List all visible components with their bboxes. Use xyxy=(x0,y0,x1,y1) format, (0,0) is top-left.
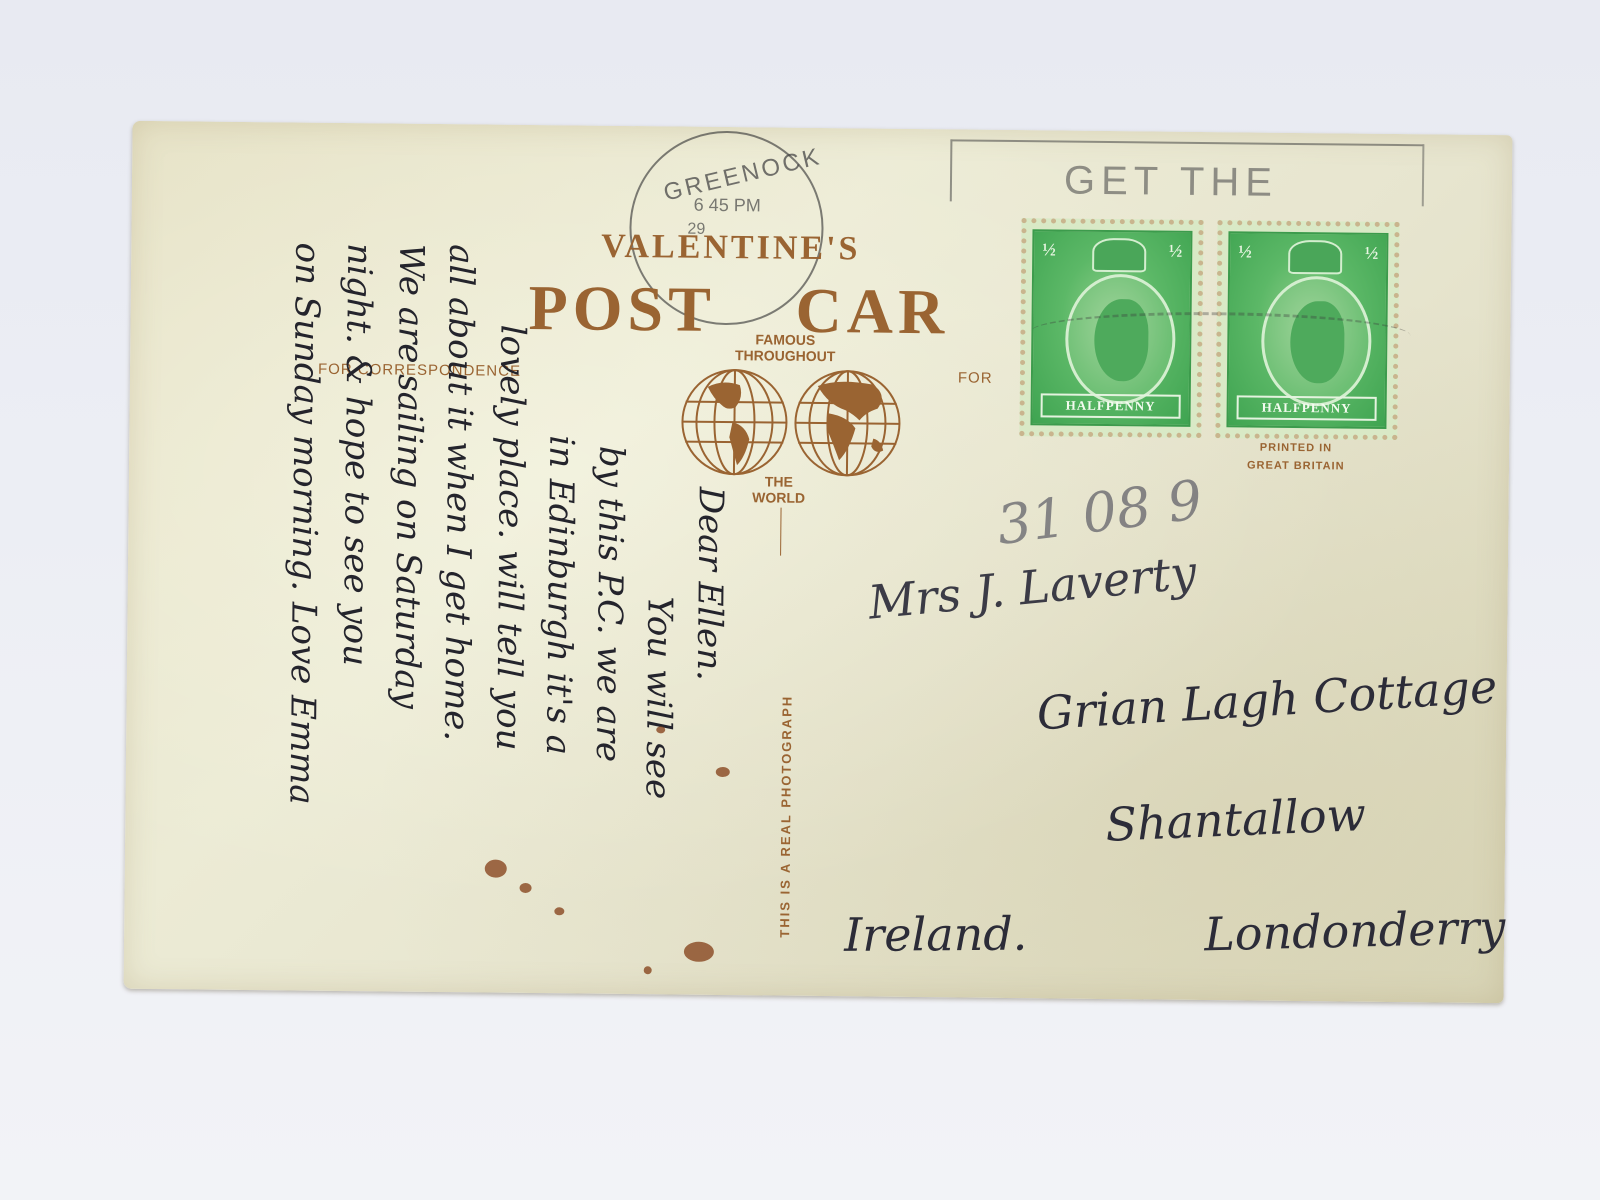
message-line: in Edinburgh it's a xyxy=(538,435,581,755)
postcard: GREENOCK 6 45 PM 29 GET THE VALENTINE'S … xyxy=(123,121,1512,1003)
stamp-value: ½ xyxy=(1042,239,1056,260)
printed-in-note: PRINTED IN GREAT BRITAIN xyxy=(1247,438,1345,475)
printed-in-line-1: PRINTED IN xyxy=(1247,438,1345,457)
message-line: Dear Ellen. xyxy=(689,487,731,682)
slogan-cancellation: GET THE xyxy=(950,139,1425,206)
message-line: on Sunday morning. Love Emma xyxy=(281,242,327,804)
message-line: by this P.C. we are xyxy=(588,446,631,763)
stamp-label: HALFPENNY xyxy=(1041,393,1181,418)
center-divider xyxy=(780,508,782,556)
message-line: all about it when I get home. xyxy=(436,244,481,741)
message-line: You will see xyxy=(638,596,680,799)
real-photograph-text: THIS IS A REAL PHOTOGRAPH xyxy=(777,695,795,938)
message-line: We are sailing on Saturday xyxy=(386,244,431,710)
printed-in-line-2: GREAT BRITAIN xyxy=(1247,456,1345,475)
crown-icon xyxy=(1092,238,1146,273)
address-line-house: Grian Lagh Cottage xyxy=(1035,659,1498,740)
crown-icon xyxy=(1288,240,1342,275)
address-line-area: Shantallow xyxy=(1104,787,1367,852)
address-line-city: Londonderry xyxy=(1204,900,1507,961)
message-line: lovely place. will tell you xyxy=(488,325,532,751)
pencil-note: 31 08 9 xyxy=(993,468,1206,557)
address-line-country: Ireland. xyxy=(844,907,1028,962)
address-label: FOR xyxy=(958,369,993,386)
slogan-text: GET THE xyxy=(1064,159,1278,206)
tagline-bottom-line-1: THE xyxy=(729,473,829,490)
real-photograph-note: THIS IS A REAL PHOTOGRAPH xyxy=(776,558,800,938)
stamp-value: ½ xyxy=(1169,241,1183,262)
address-recipient: Mrs J. Laverty xyxy=(866,545,1199,630)
stamp-value: ½ xyxy=(1365,243,1379,264)
rust-stains xyxy=(133,121,1513,135)
tagline-bottom-line-2: WORLD xyxy=(729,489,829,506)
stamp-label: HALFPENNY xyxy=(1237,395,1377,420)
message-line: night. & hope to see you xyxy=(335,243,379,666)
handwritten-message: Dear Ellen. You will see by this P.C. we… xyxy=(136,181,744,987)
stamp-value: ½ xyxy=(1238,241,1252,262)
tagline-bottom: THE WORLD xyxy=(729,473,829,506)
